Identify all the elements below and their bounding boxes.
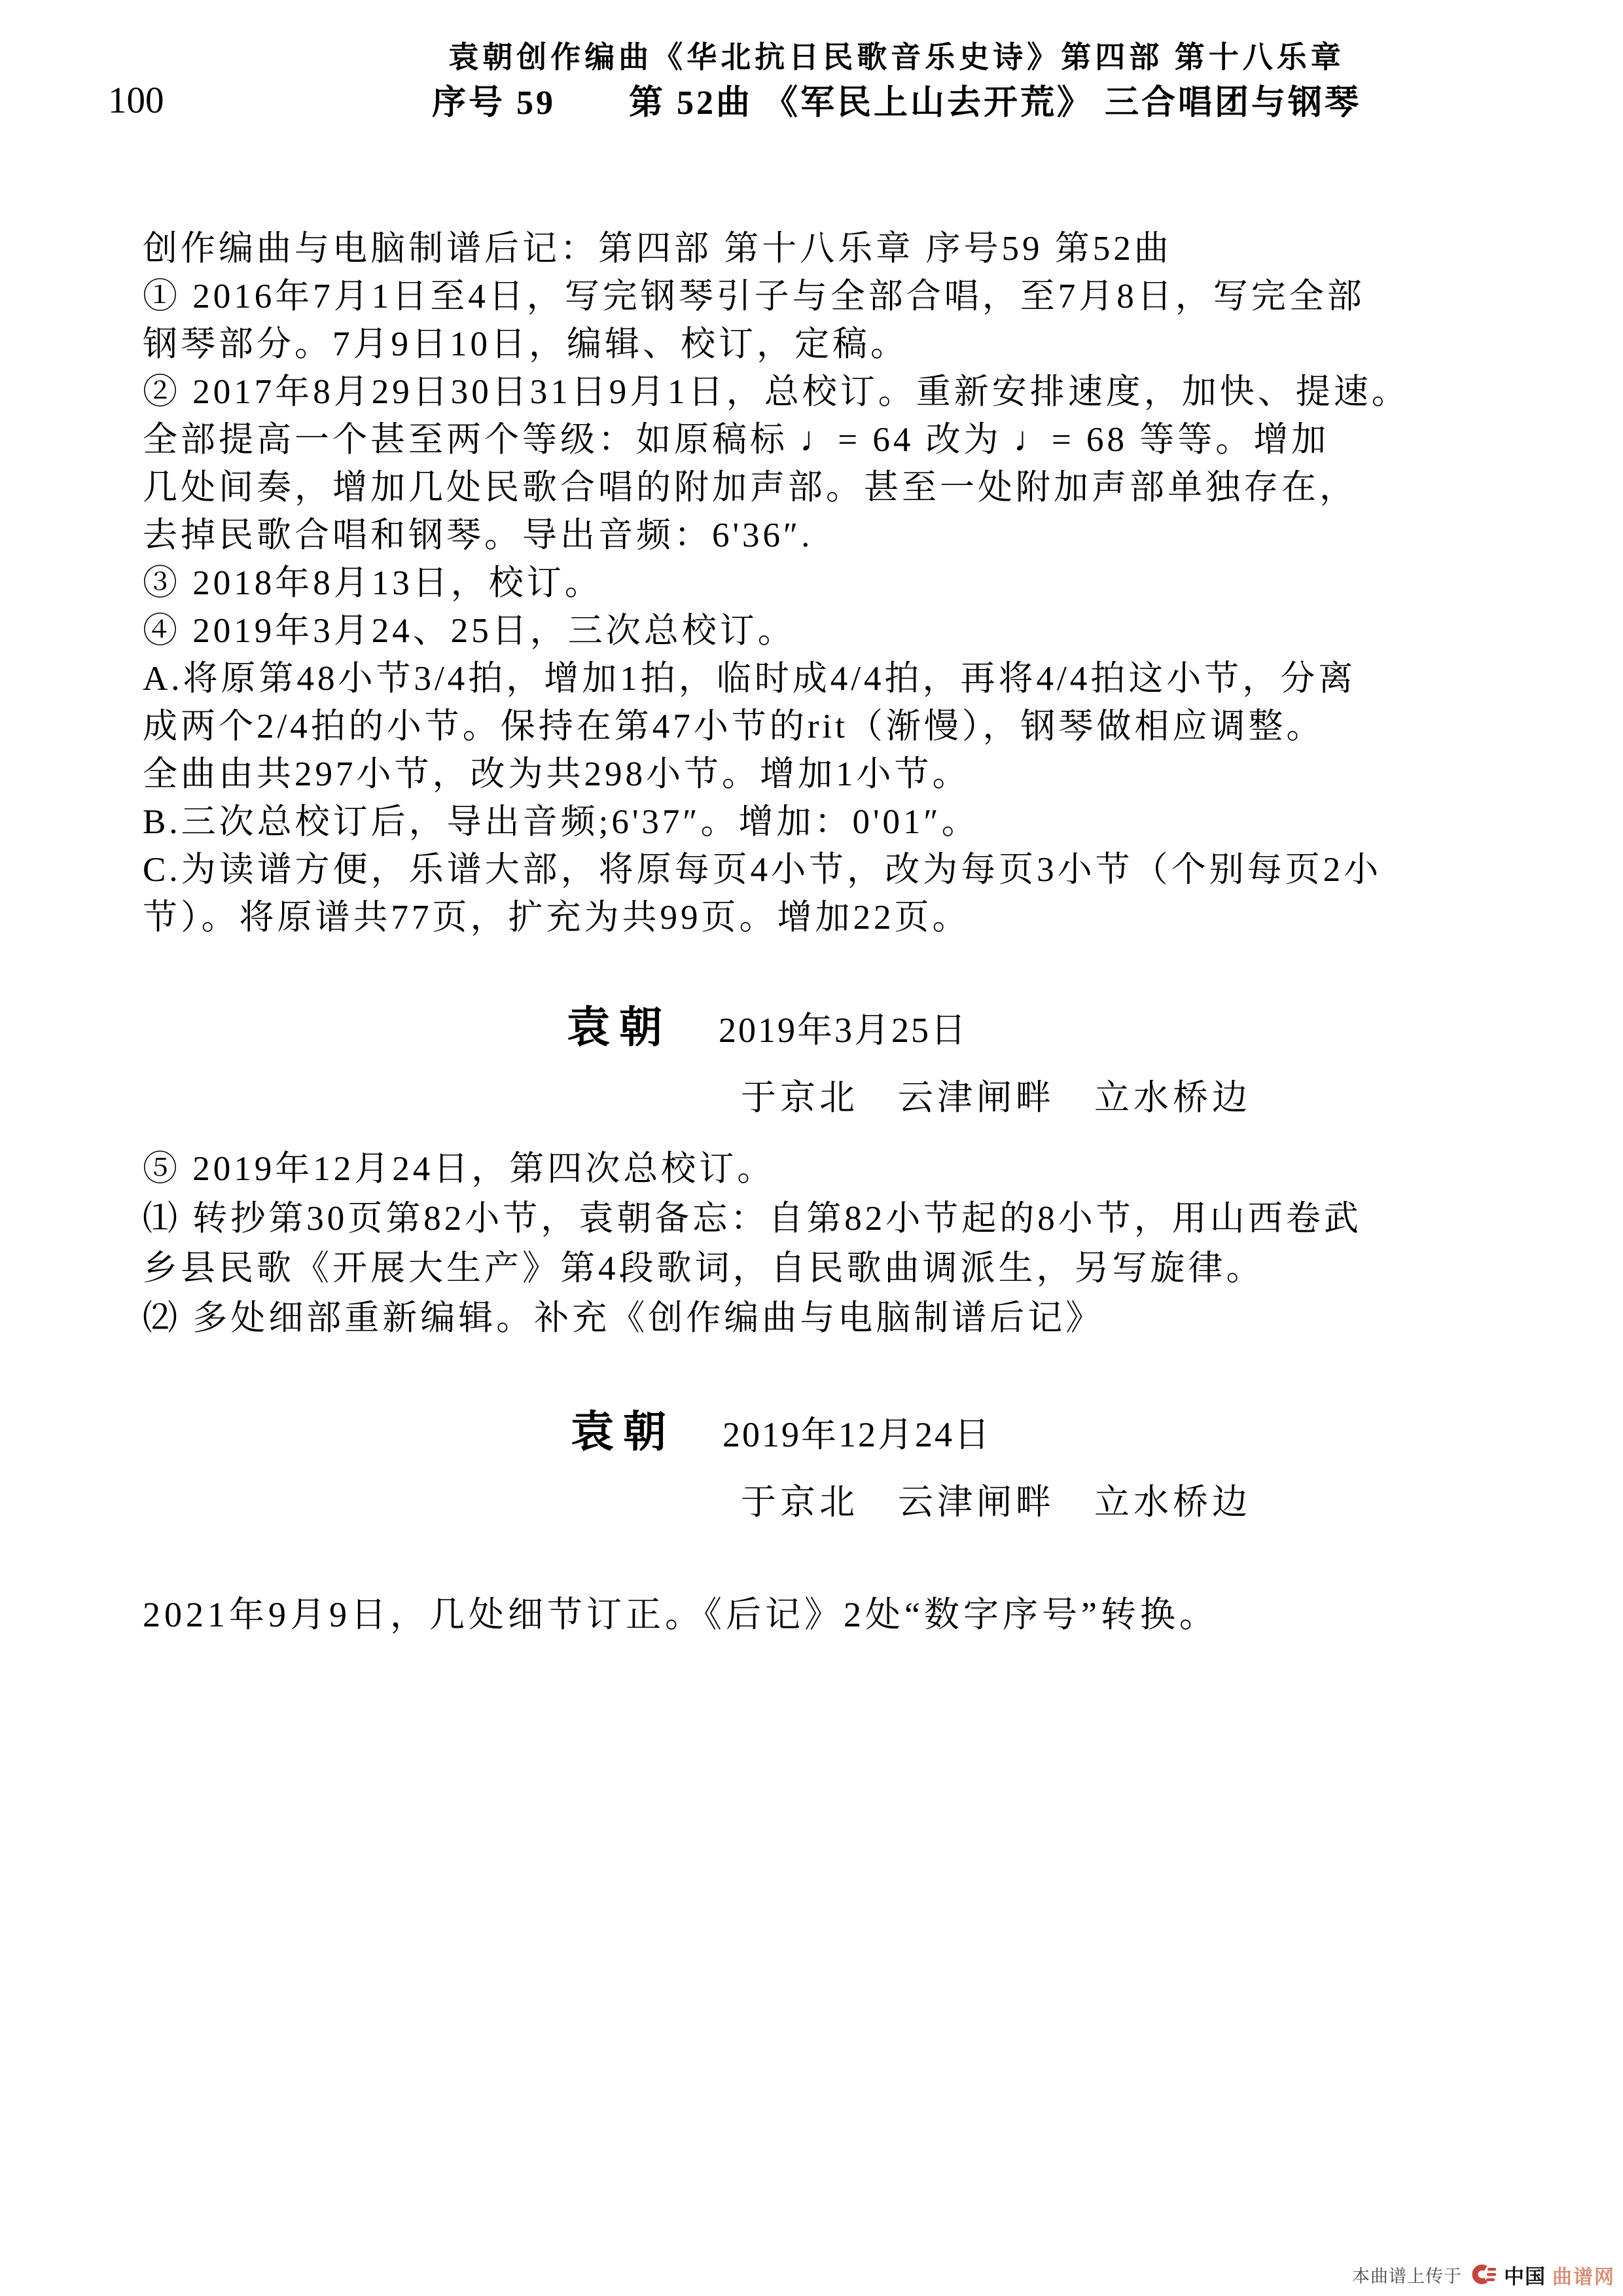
signature-place-line: 于京北 云津闸畔 立水桥边	[741, 1474, 1251, 1524]
body-line: A.将原第48小节3/4拍，增加1拍，临时成4/4拍，再将4/4拍这小节，分离	[143, 655, 1491, 703]
body-line: 去掉民歌合唱和钢琴。导出音频：6'36″.	[143, 512, 1491, 560]
final-revision-note: 2021年9月9日，几处细节订正。《后记》2处“数字序号”转换。	[143, 1587, 1219, 1637]
footer-brand-qupuwang: 曲谱网	[1552, 2261, 1615, 2289]
body-line: ① 2016年7月1日至4日，写完钢琴引子与全部合唱，至7月8日，写完全部	[143, 273, 1491, 321]
body-line: 节）。将原谱共77页，扩充为共99页。增加22页。	[143, 894, 1491, 942]
body-line: B.三次总校订后，导出音频;6'37″。增加：0'01″。	[143, 798, 1491, 846]
revision-5-block: ⑤ 2019年12月24日，第四次总校订。 ⑴ 转抄第30页第82小节，袁朝备忘…	[143, 1144, 1491, 1343]
body-line: ⑴ 转抄第30页第82小节，袁朝备忘：自第82小节起的8小节，用山西卷武	[143, 1194, 1491, 1244]
header-title-line1: 袁朝创作编曲《华北抗日民歌音乐史诗》第四部 第十八乐章	[262, 41, 1531, 75]
footer-watermark: 本曲谱上传于 中国 曲谱网	[1352, 2260, 1615, 2289]
body-line: ② 2017年8月29日30日31日9月1日，总校订。重新安排速度，加快、提速。	[143, 368, 1491, 416]
body-line: 成两个2/4拍的小节。保持在第47小节的rit（渐慢），钢琴做相应调整。	[143, 703, 1491, 751]
body-line: 乡县民歌《开展大生产》第4段歌词，自民歌曲调派生，另写旋律。	[143, 1244, 1491, 1293]
signature-date: 2019年3月25日	[719, 1002, 968, 1052]
header-title-line2: 序号 59 第 52曲 《军民上山去开荒》 三合唱团与钢琴	[262, 85, 1531, 122]
body-line: ⑵ 多处细部重新编辑。补充《创作编曲与电脑制谱后记》	[143, 1293, 1491, 1343]
page-header: 袁朝创作编曲《华北抗日民歌音乐史诗》第四部 第十八乐章 序号 59 第 52曲 …	[262, 41, 1531, 122]
signature-block-2: 袁朝 2019年12月24日	[571, 1397, 991, 1459]
footer-uploaded-text: 本曲谱上传于	[1352, 2262, 1462, 2287]
signature-author-name: 袁朝	[567, 992, 671, 1054]
page-number: 100	[108, 81, 164, 120]
body-line: ⑤ 2019年12月24日，第四次总校订。	[143, 1144, 1491, 1194]
body-line: 全部提高一个甚至两个等级：如原稿标 ♩= 64 改为 ♩= 68 等等。增加	[143, 416, 1491, 464]
postscript-text-block: 创作编曲与电脑制谱后记：第四部 第十八乐章 序号59 第52曲 ① 2016年7…	[143, 225, 1491, 942]
signature-place-line: 于京北 云津闸畔 立水桥边	[741, 1069, 1251, 1120]
footer-brand-china: 中国	[1504, 2260, 1546, 2289]
body-line: 钢琴部分。7月9日10日，编辑、校订，定稿。	[143, 321, 1491, 368]
qupuwang-logo-icon	[1469, 2264, 1497, 2286]
signature-author-name: 袁朝	[571, 1397, 675, 1459]
body-line: 几处间奏，增加几处民歌合唱的附加声部。甚至一处附加声部单独存在，	[143, 464, 1491, 512]
postscript-title-line: 创作编曲与电脑制谱后记：第四部 第十八乐章 序号59 第52曲	[143, 225, 1491, 273]
signature-block-1: 袁朝 2019年3月25日	[567, 992, 968, 1054]
signature-date: 2019年12月24日	[722, 1407, 991, 1457]
body-line: ③ 2018年8月13日，校订。	[143, 560, 1491, 607]
document-page: 100 袁朝创作编曲《华北抗日民歌音乐史诗》第四部 第十八乐章 序号 59 第 …	[0, 0, 1623, 2296]
body-line: ④ 2019年3月24、25日，三次总校订。	[143, 607, 1491, 655]
body-line: 全曲由共297小节，改为共298小节。增加1小节。	[143, 751, 1491, 798]
body-line: C.为读谱方便，乐谱大部，将原每页4小节，改为每页3小节（个别每页2小	[143, 846, 1491, 894]
